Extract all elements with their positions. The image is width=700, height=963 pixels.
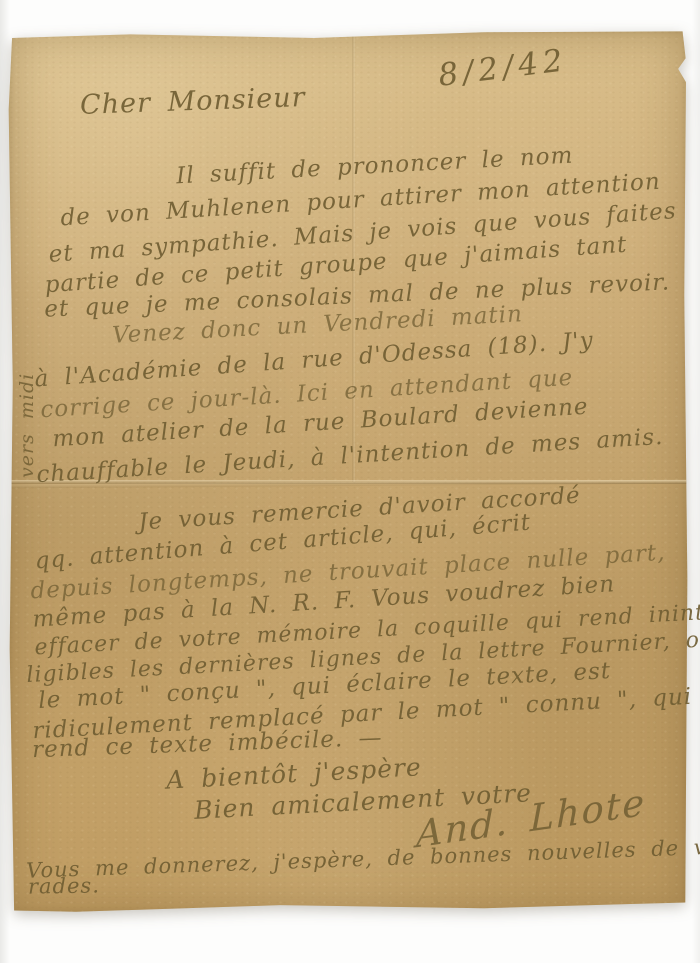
postscript-line: rades.	[28, 873, 100, 898]
scan-background: 8/2/42 Cher Monsieur Il suffit de pronon…	[0, 0, 700, 963]
margin-note: vers midi	[16, 373, 38, 478]
